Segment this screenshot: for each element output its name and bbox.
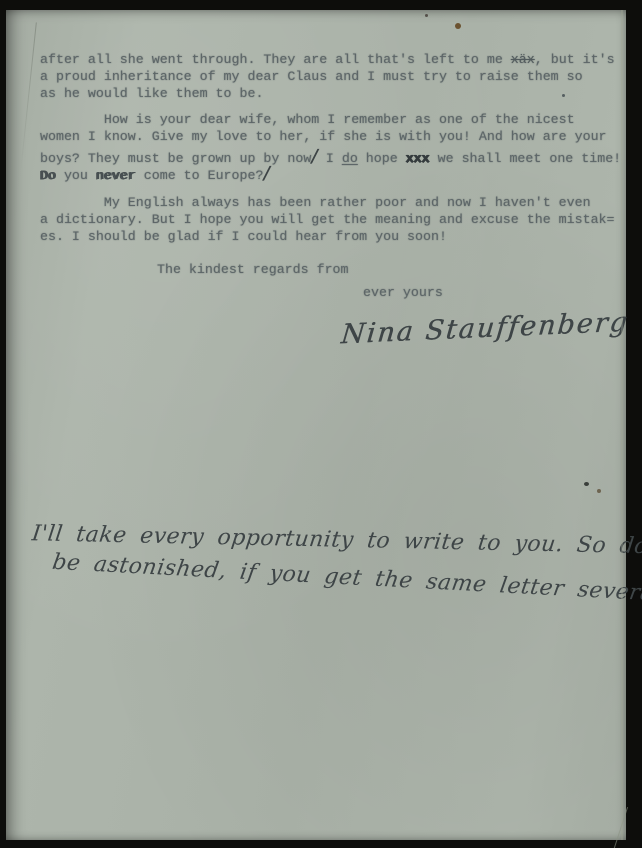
typed-line-1: after all she went through. They are all… (40, 52, 615, 67)
typed-text: I (318, 151, 342, 166)
underlined-word: do (342, 151, 358, 166)
ink-speck (455, 23, 461, 29)
scanned-letter-page: { "page": { "background": "#0d0d0b", "pa… (0, 0, 642, 848)
typed-line-5: women I know. Give my love to her, if sh… (40, 129, 607, 144)
handwritten-signature: Nina Stauffenberg (340, 307, 631, 351)
ink-speck (562, 94, 565, 97)
typed-text: you (56, 168, 96, 183)
ink-speck (597, 489, 601, 493)
paper-edge-highlight (621, 10, 623, 840)
typed-line-10: es. I should be glad if I could hear fro… (40, 229, 447, 244)
handwritten-slash: ∕ (311, 146, 318, 167)
ink-speck (425, 14, 428, 17)
typed-line-4: How is your dear wife, whom I remember a… (40, 112, 575, 127)
typed-line-3: as he would like them to be. (40, 86, 263, 101)
blotted-out-word: xxx (406, 151, 430, 166)
postscript-line-2: be astonished, if you get the same lette… (51, 550, 642, 611)
ink-speck (584, 482, 589, 486)
paper-crease (20, 22, 37, 171)
typed-line-8: My English always has been rather poor a… (40, 195, 591, 210)
typed-text: , but it's (535, 52, 615, 67)
closing-line: The kindest regards from (157, 262, 349, 277)
overtyped-word: Do (40, 168, 56, 183)
valediction-line: ever yours (363, 285, 443, 300)
struck-out-word: xäx (511, 52, 535, 67)
typed-text: hope (358, 151, 406, 166)
overtyped-word: never (96, 168, 136, 183)
typed-line-2: a proud inheritance of my dear Claus and… (40, 69, 583, 84)
typed-text: after all she went through. They are all… (40, 52, 511, 67)
typed-line-9: a dictionary. But I hope you will get th… (40, 212, 615, 227)
typed-text: come to Europe? (136, 168, 264, 183)
handwritten-slash: ∕ (263, 163, 270, 184)
typed-line-7: Do you never come to Europe?∕ (40, 163, 270, 184)
typed-text: we shall meet one time! (430, 151, 622, 166)
letter-paper: after all she went through. They are all… (6, 10, 626, 840)
